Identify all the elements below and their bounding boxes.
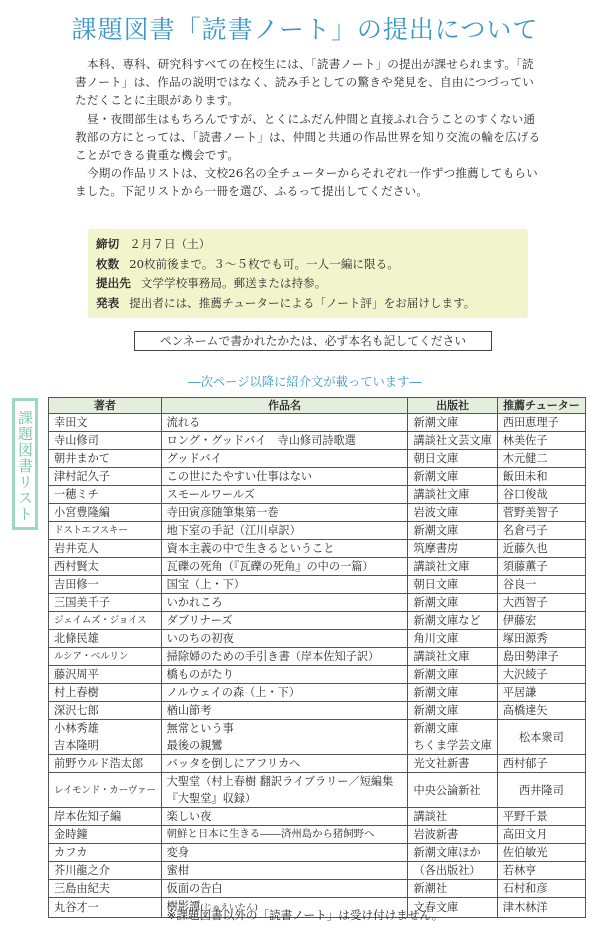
cell-publisher: 講談社 [408, 808, 497, 826]
cell-tutor: 島田勢津子 [497, 648, 585, 666]
cell-author: 芥川龍之介 [49, 862, 162, 880]
cell-publisher: 講談社文庫 [408, 558, 497, 576]
info-page-count: 枚数20枚前後まで。３～５枚でも可。一人一編に限る。 [96, 255, 528, 275]
publisher-line: ちくま学芸文庫 [413, 737, 491, 754]
cell-title: 瓦礫の死角（『瓦礫の死角』の中の一篇） [161, 558, 408, 576]
info-value: 文学学校事務局。郵送または持参。 [141, 276, 327, 290]
info-label: 枚数 [96, 257, 119, 271]
table-row-double: レイモンド・カーヴァー 大聖堂（村上春樹 翻訳ライブラリー／短編集『大聖堂』収録… [49, 773, 586, 808]
cell-title: 橋ものがたり [161, 666, 408, 684]
table-row: 岸本佐知子編楽しい夜講談社平野千景 [49, 808, 586, 826]
intro-paragraph: 今期の作品リストは、文校26名の全チューターからそれぞれ一作ずつ推薦してもらいま… [75, 164, 543, 200]
cell-author: 三島由紀夫 [49, 880, 162, 898]
page-title: 課題図書「読書ノート」の提出について [0, 10, 610, 46]
cell-tutor: 飯田未和 [497, 468, 585, 486]
info-value: 提出者には、推薦チューターによる「ノート評」をお届けします。 [129, 296, 475, 310]
info-value: 20枚前後まで。３～５枚でも可。一人一編に限る。 [129, 257, 399, 271]
table-body: 幸田文流れる新潮文庫西田恵理子 寺山修司ロング・グッドバイ 寺山修司詩歌選講談社… [49, 414, 586, 918]
book-list-table: 著者 作品名 出版社 推薦チューター 幸田文流れる新潮文庫西田恵理子 寺山修司ロ… [48, 397, 586, 918]
cell-title: いかれころ [161, 594, 408, 612]
cell-publisher: 岩波新書 [408, 826, 497, 844]
cell-author: ドストエフスキー [49, 522, 162, 540]
cell-publisher: 新潮文庫 [408, 522, 497, 540]
cell-title: 楢山節考 [161, 702, 408, 720]
column-header-tutor: 推薦チューター [497, 398, 585, 414]
cell-publisher: 新潮文庫など [408, 612, 497, 630]
info-value: ２月７日（土） [129, 237, 210, 251]
cell-publisher: 新潮文庫 [408, 414, 497, 432]
cell-publisher: 講談社文芸文庫 [408, 432, 497, 450]
cell-author: 村上春樹 [49, 684, 162, 702]
cell-publisher: 新潮文庫 [408, 594, 497, 612]
title-line: 『大聖堂』収録） [167, 790, 403, 807]
table-row: 藤沢周平橋ものがたり新潮文庫大沢綾子 [49, 666, 586, 684]
table-row: カフカ変身新潮文庫ほか佐伯敏光 [49, 844, 586, 862]
footer-note: ※課題図書以外の「読書ノート」は受け付けません。 [0, 907, 610, 923]
cell-tutor: 伊藤宏 [497, 612, 585, 630]
table-row: 朝井まかてグッドバイ朝日文庫木元健二 [49, 450, 586, 468]
cell-tutor: 名倉弓子 [497, 522, 585, 540]
cell-author: 藤沢周平 [49, 666, 162, 684]
cell-author: 岩井克人 [49, 540, 162, 558]
cell-tutor: 林美佐子 [497, 432, 585, 450]
table-row: 小宮豊隆編寺田寅彦随筆集第一巻岩波文庫菅野美智子 [49, 504, 586, 522]
table-row: 金時鐘朝鮮と日本に生きる――済州島から猪飼野へ岩波新書高田文月 [49, 826, 586, 844]
cell-title: 掃除婦のための手引き書（岸本佐知子訳） [161, 648, 408, 666]
table-row-double: 小林秀雄吉本隆明 無常という事最後の親鸞 新潮文庫ちくま学芸文庫 松本衆司 [49, 720, 586, 755]
cell-tutor: 塚田源秀 [497, 630, 585, 648]
cell-author: 三国美千子 [49, 594, 162, 612]
cell-author: 西村賢太 [49, 558, 162, 576]
cell-author: 幸田文 [49, 414, 162, 432]
table-row: 三島由紀夫仮面の告白新潮社石村和彦 [49, 880, 586, 898]
cell-tutor: 木元健二 [497, 450, 585, 468]
author-line: 吉本隆明 [54, 737, 156, 754]
cell-publisher: 新潮文庫 [408, 702, 497, 720]
cell-author: ルシア・ベルリン [49, 648, 162, 666]
cell-author: レイモンド・カーヴァー [49, 773, 162, 808]
cell-title: いのちの初夜 [161, 630, 408, 648]
cell-publisher: （各出版社） [408, 862, 497, 880]
cell-title: スモールワールズ [161, 486, 408, 504]
cell-tutor: 西井隆司 [497, 773, 585, 808]
table-row: 芥川龍之介蜜柑（各出版社）若林亨 [49, 862, 586, 880]
table-row: 深沢七郎楢山節考新潮文庫高橋達矢 [49, 702, 586, 720]
cell-tutor: 高橋達矢 [497, 702, 585, 720]
cell-tutor: 谷口俊哉 [497, 486, 585, 504]
cell-author: 小宮豊隆編 [49, 504, 162, 522]
cell-title: グッドバイ [161, 450, 408, 468]
cell-publisher: 新潮文庫 [408, 666, 497, 684]
cell-publisher: 新潮文庫ちくま学芸文庫 [408, 720, 497, 755]
cell-tutor: 松本衆司 [497, 720, 585, 755]
cell-tutor: 菅野美智子 [497, 504, 585, 522]
cell-title: 流れる [161, 414, 408, 432]
column-header-title: 作品名 [161, 398, 408, 414]
side-label-book-list: 課題図書リスト [12, 398, 38, 530]
cell-publisher: 光文社新書 [408, 755, 497, 773]
submission-info-box: 締切２月７日（土） 枚数20枚前後まで。３～５枚でも可。一人一編に限る。 提出先… [88, 229, 528, 318]
cell-tutor: 大西智子 [497, 594, 585, 612]
cell-author: 朝井まかて [49, 450, 162, 468]
info-submit-to: 提出先文学学校事務局。郵送または持参。 [96, 274, 528, 294]
cell-title: 仮面の告白 [161, 880, 408, 898]
cell-tutor: 近藤久也 [497, 540, 585, 558]
table-row: 岩井克人資本主義の中で生きるということ筑摩書房近藤久也 [49, 540, 586, 558]
table-row: 村上春樹ノルウェイの森（上・下）新潮文庫平居謙 [49, 684, 586, 702]
table-row: 一穂ミチスモールワールズ講談社文庫谷口俊哉 [49, 486, 586, 504]
table-row: ジェイムズ・ジョイスダブリナーズ新潮文庫など伊藤宏 [49, 612, 586, 630]
table-row: 寺山修司ロング・グッドバイ 寺山修司詩歌選講談社文芸文庫林美佐子 [49, 432, 586, 450]
table-row: 西村賢太瓦礫の死角（『瓦礫の死角』の中の一篇）講談社文庫須藤薫子 [49, 558, 586, 576]
table-row: 北條民雄いのちの初夜角川文庫塚田源秀 [49, 630, 586, 648]
cell-author: 金時鐘 [49, 826, 162, 844]
cell-publisher: 中央公論新社 [408, 773, 497, 808]
cell-tutor: 佐伯敏光 [497, 844, 585, 862]
cell-publisher: 新潮文庫ほか [408, 844, 497, 862]
cell-author: カフカ [49, 844, 162, 862]
table-row: 吉田修一国宝（上・下）朝日文庫谷良一 [49, 576, 586, 594]
cell-publisher: 新潮社 [408, 880, 497, 898]
cell-tutor: 平居謙 [497, 684, 585, 702]
cell-tutor: 西村郁子 [497, 755, 585, 773]
cell-title: この世にたやすい仕事はない [161, 468, 408, 486]
cell-author: 深沢七郎 [49, 702, 162, 720]
cell-title: 地下室の手記（江川卓訳） [161, 522, 408, 540]
cell-title: 蜜柑 [161, 862, 408, 880]
table-row: 三国美千子いかれころ新潮文庫大西智子 [49, 594, 586, 612]
cell-publisher: 岩波文庫 [408, 504, 497, 522]
table-row: ルシア・ベルリン掃除婦のための手引き書（岸本佐知子訳）講談社文庫島田勢津子 [49, 648, 586, 666]
cell-tutor: 若林亨 [497, 862, 585, 880]
cell-title: ダブリナーズ [161, 612, 408, 630]
cell-title: 寺田寅彦随筆集第一巻 [161, 504, 408, 522]
cell-title: ノルウェイの森（上・下） [161, 684, 408, 702]
cell-title: 楽しい夜 [161, 808, 408, 826]
cell-publisher: 筑摩書房 [408, 540, 497, 558]
subheading: ―次ページ以降に紹介文が載っています― [0, 372, 610, 390]
info-label: 締切 [96, 237, 119, 251]
table-row: ドストエフスキー地下室の手記（江川卓訳）新潮文庫名倉弓子 [49, 522, 586, 540]
intro-paragraph: 本科、専科、研究科すべての在校生には、「読書ノート」の提出が課せられます。「読書… [75, 55, 543, 110]
cell-tutor: 須藤薫子 [497, 558, 585, 576]
info-label: 発表 [96, 296, 119, 310]
cell-author: 小林秀雄吉本隆明 [49, 720, 162, 755]
author-line: 小林秀雄 [54, 720, 156, 737]
column-header-author: 著者 [49, 398, 162, 414]
cell-author: ジェイムズ・ジョイス [49, 612, 162, 630]
cell-author: 岸本佐知子編 [49, 808, 162, 826]
cell-title: 無常という事最後の親鸞 [161, 720, 408, 755]
cell-publisher: 朝日文庫 [408, 576, 497, 594]
cell-publisher: 角川文庫 [408, 630, 497, 648]
cell-publisher: 新潮文庫 [408, 684, 497, 702]
info-label: 提出先 [96, 276, 131, 290]
cell-tutor: 平野千景 [497, 808, 585, 826]
cell-title: 変身 [161, 844, 408, 862]
cell-title: ロング・グッドバイ 寺山修司詩歌選 [161, 432, 408, 450]
table-row: 津村記久子この世にたやすい仕事はない新潮文庫飯田未和 [49, 468, 586, 486]
cell-publisher: 朝日文庫 [408, 450, 497, 468]
cell-tutor: 西田恵理子 [497, 414, 585, 432]
intro-text: 本科、専科、研究科すべての在校生には、「読書ノート」の提出が課せられます。「読書… [75, 55, 543, 201]
cell-publisher: 新潮文庫 [408, 468, 497, 486]
cell-author: 北條民雄 [49, 630, 162, 648]
publisher-line: 新潮文庫 [413, 720, 491, 737]
intro-paragraph: 昼・夜間部生はもちろんですが、とくにふだん仲間と直接ふれ合うことのすくない通教部… [75, 110, 543, 165]
cell-publisher: 講談社文庫 [408, 486, 497, 504]
title-line: 最後の親鸞 [167, 737, 403, 754]
cell-title: 朝鮮と日本に生きる――済州島から猪飼野へ [161, 826, 408, 844]
cell-title: バッタを倒しにアフリカへ [161, 755, 408, 773]
cell-author: 吉田修一 [49, 576, 162, 594]
table-header-row: 著者 作品名 出版社 推薦チューター [49, 398, 586, 414]
cell-tutor: 高田文月 [497, 826, 585, 844]
title-line: 大聖堂（村上春樹 翻訳ライブラリー／短編集 [167, 773, 403, 790]
penname-notice: ペンネームで書かれたかたは、必ず本名も記してください [134, 331, 492, 351]
cell-title: 大聖堂（村上春樹 翻訳ライブラリー／短編集『大聖堂』収録） [161, 773, 408, 808]
info-announcement: 発表提出者には、推薦チューターによる「ノート評」をお届けします。 [96, 294, 528, 314]
cell-title: 資本主義の中で生きるということ [161, 540, 408, 558]
table-row: 幸田文流れる新潮文庫西田恵理子 [49, 414, 586, 432]
column-header-publisher: 出版社 [408, 398, 497, 414]
cell-author: 寺山修司 [49, 432, 162, 450]
cell-author: 津村記久子 [49, 468, 162, 486]
cell-author: 一穂ミチ [49, 486, 162, 504]
cell-tutor: 大沢綾子 [497, 666, 585, 684]
table-row: 前野ウルド浩太郎バッタを倒しにアフリカへ光文社新書西村郁子 [49, 755, 586, 773]
cell-author: 前野ウルド浩太郎 [49, 755, 162, 773]
title-line: 無常という事 [167, 720, 403, 737]
cell-title: 国宝（上・下） [161, 576, 408, 594]
cell-publisher: 講談社文庫 [408, 648, 497, 666]
info-deadline: 締切２月７日（土） [96, 235, 528, 255]
cell-tutor: 石村和彦 [497, 880, 585, 898]
cell-tutor: 谷良一 [497, 576, 585, 594]
